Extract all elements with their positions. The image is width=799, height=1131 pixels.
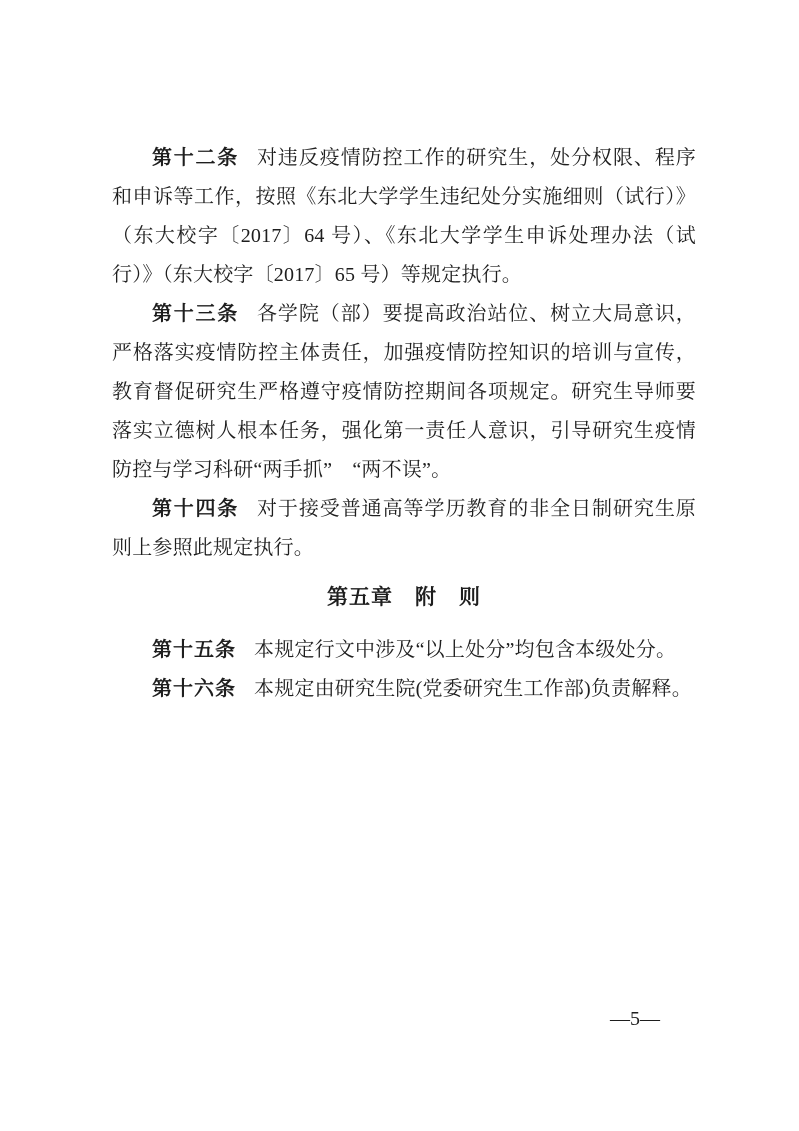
article-13-paragraph: 第十三条各学院（部）要提高政治站位、树立大局意识，严格落实疫情防控主体责任，加强… — [112, 295, 696, 490]
article-16-label: 第十六条 — [152, 678, 236, 700]
article-16-text: 本规定由研究生院(党委研究生工作部)负责解释。 — [254, 678, 692, 700]
chapter-heading: 第五章 附 则 — [112, 578, 696, 617]
document-page: 第十二条对违反疫情防控工作的研究生，处分权限、程序和申诉等工作，按照《东北大学学… — [0, 0, 799, 1131]
article-15-label: 第十五条 — [152, 639, 236, 661]
article-15-text: 本规定行文中涉及“以上处分”均包含本级处分。 — [254, 639, 676, 661]
article-16-paragraph: 第十六条本规定由研究生院(党委研究生工作部)负责解释。 — [112, 670, 696, 709]
article-15-paragraph: 第十五条本规定行文中涉及“以上处分”均包含本级处分。 — [112, 631, 696, 670]
article-14-paragraph: 第十四条对于接受普通高等学历教育的非全日制研究生原则上参照此规定执行。 — [112, 490, 696, 568]
article-12-label: 第十二条 — [152, 147, 239, 169]
page-number: —5— — [610, 1006, 660, 1032]
article-14-label: 第十四条 — [152, 498, 239, 520]
article-12-paragraph: 第十二条对违反疫情防控工作的研究生，处分权限、程序和申诉等工作，按照《东北大学学… — [112, 139, 696, 295]
article-13-label: 第十三条 — [152, 303, 239, 325]
document-body: 第十二条对违反疫情防控工作的研究生，处分权限、程序和申诉等工作，按照《东北大学学… — [112, 139, 696, 709]
article-13-text: 各学院（部）要提高政治站位、树立大局意识，严格落实疫情防控主体责任，加强疫情防控… — [112, 303, 696, 481]
